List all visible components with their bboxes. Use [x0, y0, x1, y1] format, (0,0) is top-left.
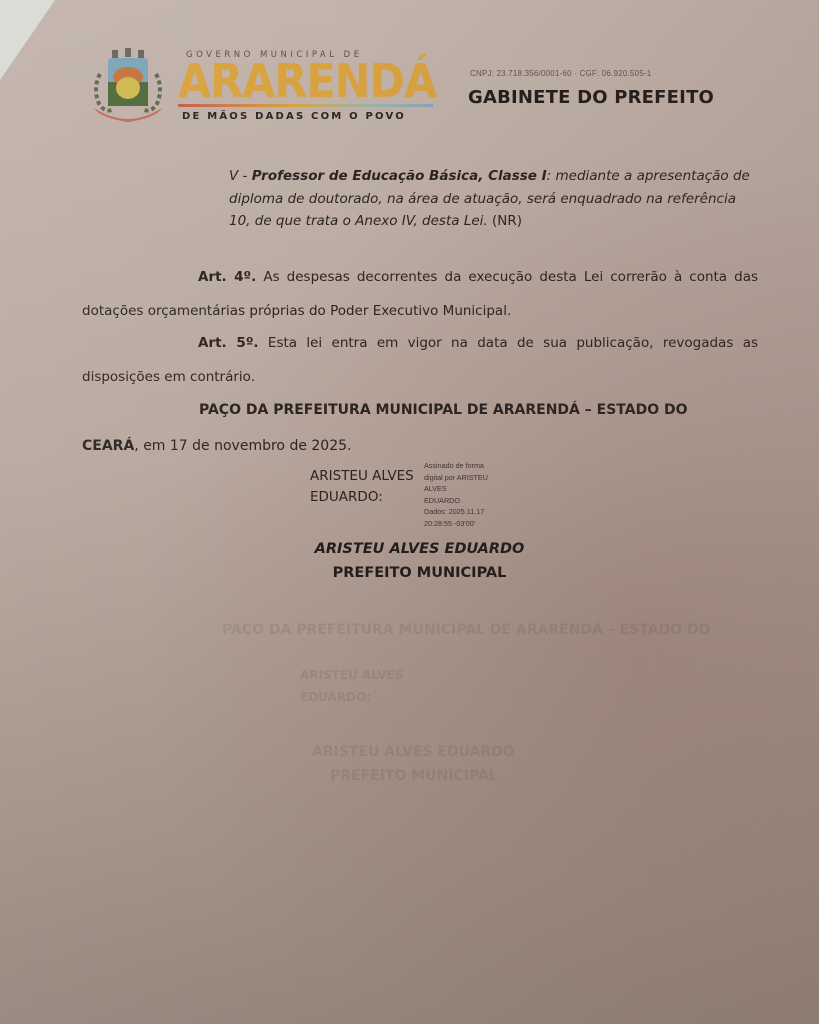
closing-date: , em 17 de novembro de 2025.	[134, 438, 351, 454]
signature-meta-line: Dados: 2025.11.17	[424, 506, 524, 518]
article-4: Art. 4º. As despesas decorrentes da exec…	[82, 260, 758, 328]
item-v-paragraph: V - Professor de Educação Básica, Classe…	[229, 165, 759, 233]
document-page: PAÇO DA PREFEITURA MUNICIPAL DE ARARENDÁ…	[0, 0, 819, 1024]
signature-meta-line: 20:28:55 -03'00'	[424, 518, 524, 530]
closing-paragraph: PAÇO DA PREFEITURA MUNICIPAL DE ARARENDÁ…	[82, 392, 762, 464]
signer-role: PREFEITO MUNICIPAL	[10, 565, 819, 581]
article-5-label: Art. 5º.	[198, 335, 259, 351]
closing-state: CEARÁ	[82, 438, 134, 454]
office-title: GABINETE DO PREFEITO	[468, 87, 714, 108]
article-5-text: Esta lei entra em vigor na data de sua p…	[82, 335, 758, 385]
brand-slogan: DE MÃOS DADAS COM O POVO	[182, 111, 438, 122]
municipal-brand: GOVERNO MUNICIPAL DE ARARENDÁ DE MÃOS DA…	[178, 50, 438, 122]
digital-signature-metadata: Assinado de forma digital por ARISTEU AL…	[424, 460, 524, 529]
background-surface-corner	[0, 0, 55, 80]
signature-meta-line: EDUARDO	[424, 495, 524, 507]
signature-name-line: ARISTEU ALVES	[310, 466, 425, 487]
coat-of-arms-icon	[86, 44, 170, 128]
bleed-through-text: ARISTEU ALVES EDUARDO	[312, 744, 515, 760]
signature-meta-line: ALVES	[424, 483, 524, 495]
signature-meta-line: digital por ARISTEU	[424, 472, 524, 484]
closing-line-1: PAÇO DA PREFEITURA MUNICIPAL DE ARARENDÁ…	[82, 392, 762, 428]
brand-name: ARARENDÁ	[178, 59, 420, 103]
bleed-through-text: ARISTEU ALVES	[300, 668, 403, 682]
article-4-text: As despesas decorrentes da execução dest…	[82, 269, 758, 319]
bleed-through-text: EDUARDO:	[300, 690, 371, 704]
signer-name: ARISTEU ALVES EDUARDO	[10, 541, 819, 557]
article-5: Art. 5º. Esta lei entra em vigor na data…	[82, 326, 758, 394]
bleed-through-text: PREFEITO MUNICIPAL	[330, 768, 498, 784]
signature-meta-line: Assinado de forma	[424, 460, 524, 472]
item-suffix: (NR)	[488, 213, 522, 229]
item-numeral: V -	[229, 168, 252, 184]
signature-name-line: EDUARDO:	[310, 487, 425, 508]
cnpj-line: CNPJ: 23.718.356/0001-60 · CGF: 06.920.5…	[470, 69, 651, 78]
article-4-label: Art. 4º.	[198, 269, 256, 285]
bleed-through-text: PAÇO DA PREFEITURA MUNICIPAL DE ARARENDÁ…	[222, 622, 711, 638]
item-title: Professor de Educação Básica, Classe I	[252, 168, 547, 184]
digital-signature-name: ARISTEU ALVES EDUARDO:	[310, 466, 425, 508]
